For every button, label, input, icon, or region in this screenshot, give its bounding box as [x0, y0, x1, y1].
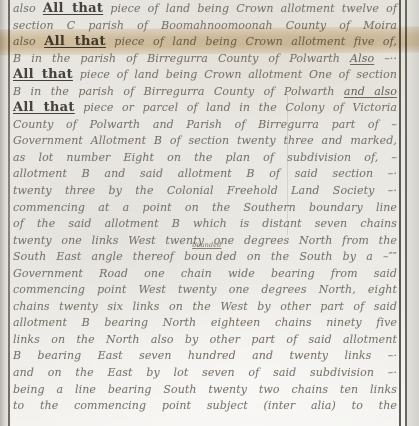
text-segment: allotment B bearing North eighteen chain… [13, 316, 397, 329]
text-line: as lot number Eight on the plan of subdi… [13, 150, 397, 167]
text-line: chains twenty six links on the West by o… [13, 299, 397, 316]
text-segment: –·· [374, 52, 397, 65]
text-segment: twenty three by the Colonial Freehold La… [13, 184, 397, 197]
text-segment: of the said allotment B which is distant… [13, 217, 397, 230]
text-segment: Government Road one chain wide bearing f… [13, 267, 397, 280]
corrected-word: boun ded [184, 250, 237, 263]
text-segment: B bearing East seven hundred and twenty … [13, 349, 397, 362]
text-block: also All that piece of land being Crown … [13, 1, 397, 415]
text-line: B in the parish of Birregurra County of … [13, 84, 397, 101]
text-line: of the said allotment B which is distant… [13, 216, 397, 233]
text-segment: to the commencing point subject (inter a… [13, 399, 397, 412]
text-segment: piece or parcel of land in the Colony of… [75, 101, 397, 114]
interlineation-word: bounded [192, 242, 221, 249]
text-segment: commencing at a point on the Southern bo… [13, 201, 397, 214]
text-line: twenty three by the Colonial Freehold La… [13, 183, 397, 200]
page-right-edge [407, 0, 419, 426]
text-line: allotment B and said allotment B of said… [13, 166, 397, 183]
text-segment: piece of land being Crown allotment twel… [103, 2, 397, 15]
text-segment: being a line bearing South twenty two ch… [13, 383, 397, 396]
text-line: Government Allotment B of section twenty… [13, 133, 397, 150]
text-line: All that piece or parcel of land in the … [13, 100, 397, 117]
text-segment: on the South by a –″″ [237, 250, 397, 263]
tape-stain [0, 27, 419, 56]
page-right-rule-inner [399, 0, 401, 426]
text-segment: allotment B and said allotment B of said… [13, 167, 397, 180]
text-segment: and on the East by lot seven of said sub… [13, 366, 397, 379]
text-segment: South East angle thereof [13, 250, 184, 263]
text-line: commencing point West twenty one degrees… [13, 282, 397, 299]
text-segment: B in the parish of Birregurra County of … [13, 85, 344, 98]
text-segment: County of Polwarth and Parish of Birregu… [13, 118, 397, 131]
text-line: County of Polwarth and Parish of Birregu… [13, 117, 397, 134]
underlined-word: and also [344, 85, 397, 98]
text-line: All that piece of land being Crown allot… [13, 67, 397, 84]
emphasis-allthat: All that [43, 1, 103, 16]
text-line: Government Road one chain wide bearing f… [13, 266, 397, 283]
emphasis-allthat: All that [13, 100, 75, 115]
text-segment: links on the North also by other part of… [13, 333, 397, 346]
text-line: and on the East by lot seven of said sub… [13, 365, 397, 382]
text-line: links on the North also by other part of… [13, 332, 397, 349]
text-line: being a line bearing South twenty two ch… [13, 382, 397, 399]
text-line: commencing at a point on the Southern bo… [13, 200, 397, 217]
emphasis-allthat: All that [13, 67, 73, 82]
text-segment: as lot number Eight on the plan of subdi… [13, 151, 397, 164]
text-line: South East angle thereof boundedboun ded… [13, 249, 397, 266]
page-left-rule [8, 0, 10, 426]
interlineation: boundedboun ded [184, 249, 237, 266]
page-left-edge [0, 0, 8, 426]
text-line: B bearing East seven hundred and twenty … [13, 348, 397, 365]
text-segment: piece of land being Crown allotment One … [73, 68, 397, 81]
text-line: to the commencing point subject (inter a… [13, 398, 397, 415]
text-line: allotment B bearing North eighteen chain… [13, 315, 397, 332]
underlined-word: Also [350, 52, 374, 65]
text-segment: Government Allotment B of section twenty… [13, 134, 397, 147]
document-page: also All that piece of land being Crown … [0, 0, 419, 426]
text-segment: commencing point West twenty one degrees… [13, 283, 397, 296]
text-segment: also [13, 2, 43, 15]
text-line: also All that piece of land being Crown … [13, 1, 397, 18]
text-segment: chains twenty six links on the West by o… [13, 300, 397, 313]
